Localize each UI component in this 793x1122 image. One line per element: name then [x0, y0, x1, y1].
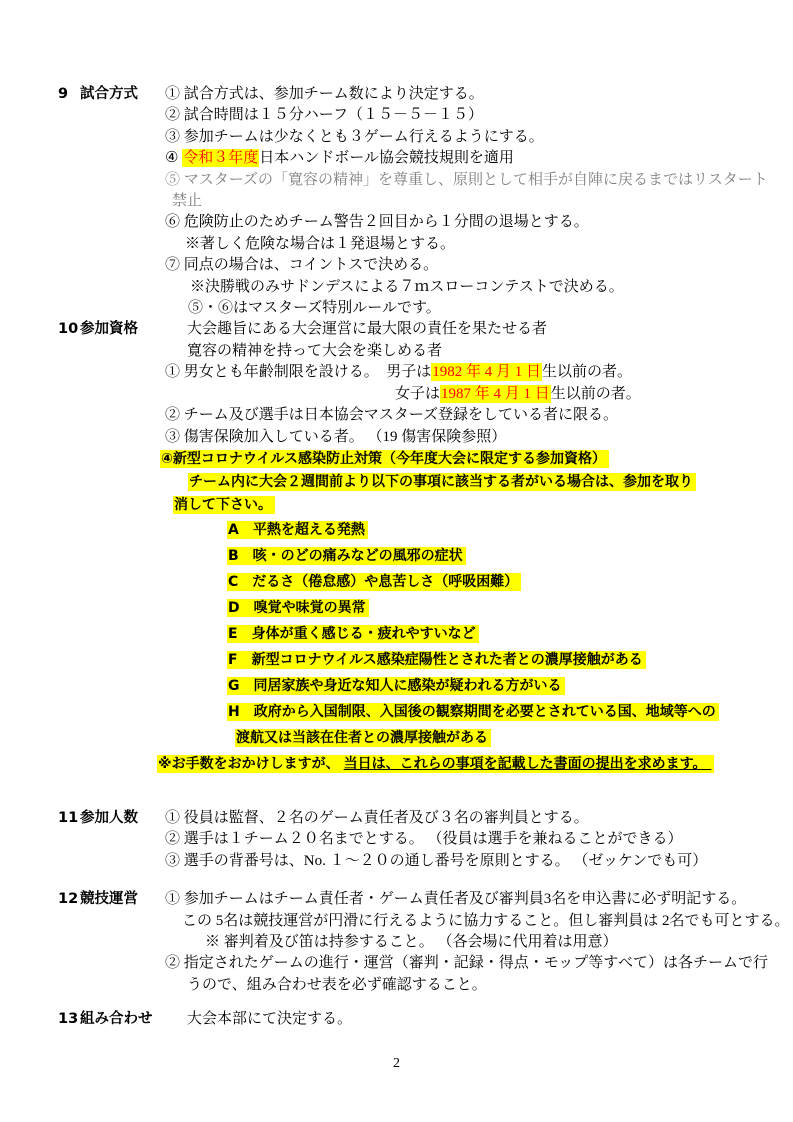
text-line: 大会本部にて決定する。 [187, 1009, 793, 1030]
text-run: ① 試合方式は、参加チーム数により決定する。 [165, 86, 484, 102]
text-run: 生以前の者。 [551, 386, 641, 402]
text-line: この 5名は競技運営が円滑に行えるように協力すること。但し審判員は 2名でも可と… [182, 911, 793, 932]
highlighted-text: G 同居家族や身近な知人に感染が疑われる方がいる [227, 677, 565, 695]
document-page: 9試合方式① 試合方式は、参加チーム数により決定する。② 試合時間は１５分ハーフ… [0, 0, 793, 1122]
section-title: 競技運営 [80, 891, 138, 907]
section-number: 13 [58, 1009, 80, 1030]
section-content: ① 試合方式は、参加チーム数により決定する。② 試合時間は１５分ハーフ（１５－５… [165, 84, 793, 319]
text-run: ⑦ 同点の場合は、コイントスで決める。 [165, 257, 438, 273]
text-run: ① 男女とも年齢制限を設ける。 男子は [165, 364, 431, 380]
text-line: B 咳・のどの痛みなどの風邪の症状 [227, 543, 793, 569]
section-title: 組み合わせ [80, 1011, 153, 1027]
text-run: 日本ハンドボール協会競技規則を適用 [259, 150, 514, 166]
highlighted-text: ※お手数をおかけしますが、 [157, 755, 343, 773]
text-line: ※ 審判着及び笛は持参すること。 （各会場に代用着は用意） [205, 932, 793, 953]
text-line: ⑤・⑥はマスターズ特別ルールです。 [188, 298, 793, 319]
highlighted-text: 禁止 [172, 193, 202, 209]
text-run: ③ 傷害保険加入している者。 （19 傷害保険参照） [165, 429, 506, 445]
text-line: 大会趣旨にある大会運営に最大限の責任を果たせる者 [187, 319, 793, 340]
section-title: 参加人数 [80, 810, 138, 826]
section-heading: 13組み合わせ [58, 1009, 153, 1030]
text-line: 消して下さい。 [173, 494, 793, 517]
text-line: ⑤ マスターズの「寛容の精神」を尊重し、原則として相手が自陣に戻るまではリスター… [165, 170, 793, 191]
highlighted-text: ④新型コロナウイルス感染防止対策（今年度大会に限定する参加資格） [160, 450, 609, 468]
highlighted-text: H 政府から入国制限、入国後の観察期間を必要とされている国、地域等への [227, 703, 719, 721]
text-line: ① 男女とも年齢制限を設ける。 男子は1982 年 4 月 1 日生以前の者。 [165, 362, 793, 383]
text-run: 寛容の精神を持って大会を楽しめる者 [187, 343, 442, 359]
text-run: 生以前の者。 [542, 364, 632, 380]
section-12: 12競技運営① 参加チームはチーム責任者・ゲーム責任者及び審判員3名を申込書に必… [0, 889, 793, 996]
text-line: ③ 傷害保険加入している者。 （19 傷害保険参照） [165, 427, 793, 448]
section-9: 9試合方式① 試合方式は、参加チーム数により決定する。② 試合時間は１５分ハーフ… [0, 84, 793, 319]
text-line: ③ 選手の背番号は、No. １～２０の通し番号を原則とする。 （ゼッケンでも可） [165, 851, 793, 872]
text-line: チーム内に大会２週間前より以下の事項に該当する者がいる場合は、参加を取り [188, 471, 793, 494]
text-line: ④ 令和３年度日本ハンドボール協会競技規則を適用 [165, 148, 793, 169]
section-10: 10参加資格大会趣旨にある大会運営に最大限の責任を果たせる者寛容の精神を持って大… [0, 319, 793, 776]
section-11: 11参加人数① 役員は監督、２名のゲーム責任者及び３名の審判員とする。② 選手は… [0, 808, 793, 872]
highlighted-text: D 嗅覚や味覚の異常 [227, 599, 369, 617]
section-heading: 11参加人数 [58, 808, 138, 829]
highlighted-text: F 新型コロナウイルス感染症陽性とされた者との濃厚接触がある [227, 651, 646, 669]
highlighted-text: E 身体が重く感じる・疲れやすいなど [227, 625, 479, 643]
text-run: ⑥ 危険防止のためチーム警告２回目から１分間の退場とする。 [165, 214, 589, 230]
section-heading: 9試合方式 [58, 84, 138, 105]
text-line: ⑥ 危険防止のためチーム警告２回目から１分間の退場とする。 [165, 212, 793, 233]
text-run: ① 参加チームはチーム責任者・ゲーム責任者及び審判員3名を申込書に必ず明記する。 [165, 891, 746, 907]
text-line: H 政府から入国制限、入国後の観察期間を必要とされている国、地域等への [227, 699, 793, 725]
text-line: ※決勝戦のみサドンデスによる７ｍスローコンテストで決める。 [190, 277, 793, 298]
section-number: 11 [58, 808, 80, 829]
text-line: ② 試合時間は１５分ハーフ（１５－５－１５） [165, 105, 793, 126]
text-run: ③ 選手の背番号は、No. １～２０の通し番号を原則とする。 （ゼッケンでも可） [165, 853, 707, 869]
text-run: ② 選手は１チーム２０名までとする。 （役員は選手を兼ねることができる） [165, 831, 683, 847]
text-line: うので、組み合わせ表を必ず確認すること。 [187, 975, 793, 996]
text-line: ① 試合方式は、参加チーム数により決定する。 [165, 84, 793, 105]
highlighted-text: 当日は、これらの事項を記載した書面の提出を求めます。 [343, 755, 715, 773]
text-line: ※お手数をおかけしますが、当日は、これらの事項を記載した書面の提出を求めます。 [157, 751, 793, 777]
section-content: 大会趣旨にある大会運営に最大限の責任を果たせる者寛容の精神を持って大会を楽しめる… [165, 319, 793, 776]
document-body: 9試合方式① 試合方式は、参加チーム数により決定する。② 試合時間は１５分ハーフ… [0, 0, 793, 1031]
text-line: C だるさ（倦怠感）や息苦しさ（呼吸困難） [227, 569, 793, 595]
text-line: ⑦ 同点の場合は、コイントスで決める。 [165, 255, 793, 276]
text-run: 女子は [395, 386, 440, 402]
section-number: 9 [58, 84, 80, 105]
text-run: ※著しく危険な場合は１発退場とする。 [185, 236, 455, 252]
highlighted-text: 令和３年度 [182, 149, 259, 167]
section-heading: 10参加資格 [58, 319, 138, 340]
text-line: 渡航又は当該在住者との濃厚接触がある [235, 725, 793, 751]
section-title: 参加資格 [80, 321, 138, 337]
text-run: ② 試合時間は１５分ハーフ（１５－５－１５） [165, 107, 483, 123]
text-line: E 身体が重く感じる・疲れやすいなど [227, 621, 793, 647]
highlighted-text: 渡航又は当該在住者との濃厚接触がある [235, 729, 491, 747]
text-line: ② 選手は１チーム２０名までとする。 （役員は選手を兼ねることができる） [165, 829, 793, 850]
text-line: ② 指定されたゲームの進行・運営（審判・記録・得点・モップ等すべて）は各チームで… [165, 953, 793, 974]
text-run: ② 指定されたゲームの進行・運営（審判・記録・得点・モップ等すべて）は各チームで… [165, 955, 768, 971]
highlighted-text: B 咳・のどの痛みなどの風邪の症状 [227, 547, 466, 565]
text-run: ③ 参加チームは少なくとも３ゲーム行えるようにする。 [165, 129, 544, 145]
highlighted-text: 消して下さい。 [173, 496, 275, 514]
section-content: ① 参加チームはチーム責任者・ゲーム責任者及び審判員3名を申込書に必ず明記する。… [165, 889, 793, 996]
highlighted-text: 1987 年 4 月 1 日 [440, 385, 551, 403]
text-line: D 嗅覚や味覚の異常 [227, 595, 793, 621]
section-title: 試合方式 [80, 86, 138, 102]
text-run: ⑤・⑥はマスターズ特別ルールです。 [188, 300, 441, 316]
text-line: 女子は1987 年 4 月 1 日生以前の者。 [395, 384, 793, 405]
highlighted-text: A 平熱を超える発熱 [227, 521, 368, 539]
text-line: A 平熱を超える発熱 [227, 517, 793, 543]
highlighted-text: C だるさ（倦怠感）や息苦しさ（呼吸困難） [227, 573, 521, 591]
text-line: ④新型コロナウイルス感染防止対策（今年度大会に限定する参加資格） [160, 448, 793, 471]
page-number: 2 [0, 1056, 793, 1072]
text-line: F 新型コロナウイルス感染症陽性とされた者との濃厚接触がある [227, 647, 793, 673]
section-13: 13組み合わせ大会本部にて決定する。 [0, 1009, 793, 1030]
text-line: ※著しく危険な場合は１発退場とする。 [185, 234, 793, 255]
text-line: ③ 参加チームは少なくとも３ゲーム行えるようにする。 [165, 127, 793, 148]
text-run: ④ [165, 150, 182, 166]
text-run: この 5名は競技運営が円滑に行えるように協力すること。但し審判員は 2名でも可と… [182, 913, 790, 929]
text-line: ① 役員は監督、２名のゲーム責任者及び３名の審判員とする。 [165, 808, 793, 829]
highlighted-text: 1982 年 4 月 1 日 [431, 363, 542, 381]
text-run: 大会本部にて決定する。 [187, 1011, 352, 1027]
section-heading: 12競技運営 [58, 889, 138, 910]
text-run: ② チーム及び選手は日本協会マスターズ登録をしている者に限る。 [165, 407, 618, 423]
text-run: ① 役員は監督、２名のゲーム責任者及び３名の審判員とする。 [165, 810, 589, 826]
section-content: 大会本部にて決定する。 [165, 1009, 793, 1030]
text-run: うので、組み合わせ表を必ず確認すること。 [187, 977, 487, 993]
text-line: ② チーム及び選手は日本協会マスターズ登録をしている者に限る。 [165, 405, 793, 426]
text-run: ※ 審判着及び笛は持参すること。 （各会場に代用着は用意） [205, 934, 618, 950]
highlighted-text: ⑤ マスターズの「寛容の精神」を尊重し、原則として相手が自陣に戻るまではリスター… [165, 172, 768, 188]
text-run: ※決勝戦のみサドンデスによる７ｍスローコンテストで決める。 [190, 279, 624, 295]
text-line: 禁止 [172, 191, 793, 212]
text-line: ① 参加チームはチーム責任者・ゲーム責任者及び審判員3名を申込書に必ず明記する。 [165, 889, 793, 910]
text-line: G 同居家族や身近な知人に感染が疑われる方がいる [227, 673, 793, 699]
section-number: 10 [58, 319, 80, 340]
highlighted-text: チーム内に大会２週間前より以下の事項に該当する者がいる場合は、参加を取り [188, 473, 696, 491]
section-content: ① 役員は監督、２名のゲーム責任者及び３名の審判員とする。② 選手は１チーム２０… [165, 808, 793, 872]
text-run: 大会趣旨にある大会運営に最大限の責任を果たせる者 [187, 321, 547, 337]
text-line: 寛容の精神を持って大会を楽しめる者 [187, 341, 793, 362]
section-number: 12 [58, 889, 80, 910]
